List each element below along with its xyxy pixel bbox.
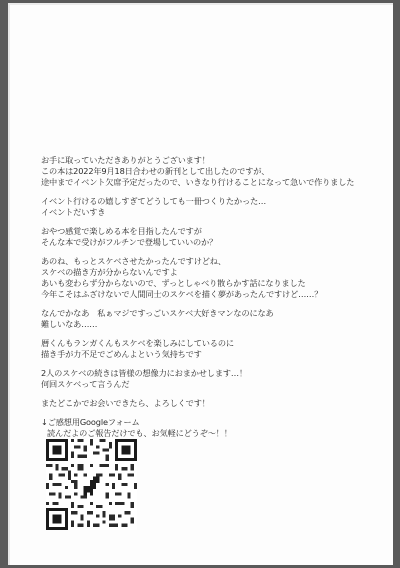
text-line: 何回スケベって言うんだ [41,379,381,390]
qr-code[interactable] [46,439,137,530]
text-line: あいも変わらず分からないので、ずっとしゃべり散らかす話になりました [41,278,381,289]
text-line: あのね、もっとスケベさせたかったんですけどね、 [41,256,381,267]
paragraph-form: ↓ご感想用Googleフォーム 読んだよのご報告だけでも、お気軽にどうぞ〜！！ [41,417,381,439]
afterword-text: お手に取っていただきありがとうございます！ この本は2022年9月18日合わせの… [41,155,381,447]
text-line: 描き手が力不足でごめんよという気持ちです [41,349,381,360]
text-line: 途中までイベント欠席予定だったので、いきなり行けることになって急いで作りました [41,177,381,188]
paragraph-imagination: 2人のスケベの続きは皆様の想像力におまかせします…！ 何回スケベって言うんだ [41,368,381,390]
page: お手に取っていただきありがとうございます！ この本は2022年9月18日合わせの… [8,3,393,565]
paragraph-apology: 暦くんもランガくんもスケベを楽しみにしているのに 描き手が力不足でごめんよという… [41,338,381,360]
dinosaur-icon [81,477,103,496]
text-line: スケベの描き方が分からないんですよ [41,267,381,278]
text-line: 暦くんもランガくんもスケベを楽しみにしているのに [41,338,381,349]
text-line: 難しいなあ…… [41,319,381,330]
paragraph-event: イベント行けるの嬉しすぎてどうしても一冊つくりたかった… イベントだいすき [41,196,381,218]
text-line: そんな本で受けがフルチンで登場していいのか？ [41,237,381,248]
text-line: この本は2022年9月18日合わせの新刊として出したのですが、 [41,166,381,177]
text-line: おやつ感覚で楽しめる本を目指したんですが [41,226,381,237]
text-line: お手に取っていただきありがとうございます！ [41,155,381,166]
text-line: またどこかでお会いできたら、よろしくです！ [41,398,381,409]
paragraph-why: なんでかなあ 私ぁマジですっごいスケベ大好きマンなのになあ 難しいなあ…… [41,308,381,330]
paragraph-farewell: またどこかでお会いできたら、よろしくです！ [41,398,381,409]
text-line: イベントだいすき [41,207,381,218]
qr-code-graphic [46,439,137,530]
text-line: 今年こそはふざけないで人間同士のスケベを描く夢があったんですけど……？ [41,289,381,300]
text-line: ↓ご感想用Googleフォーム [41,417,381,428]
paragraph-thanks: お手に取っていただきありがとうございます！ この本は2022年9月18日合わせの… [41,155,381,188]
text-line: イベント行けるの嬉しすぎてどうしても一冊つくりたかった… [41,196,381,207]
text-line: 読んだよのご報告だけでも、お気軽にどうぞ〜！！ [41,428,381,439]
paragraph-snack: おやつ感覚で楽しめる本を目指したんですが そんな本で受けがフルチンで登場していい… [41,226,381,248]
text-line: 2人のスケベの続きは皆様の想像力におまかせします…！ [41,368,381,379]
text-line: なんでかなあ 私ぁマジですっごいスケベ大好きマンなのになあ [41,308,381,319]
paragraph-anone: あのね、もっとスケベさせたかったんですけどね、 スケベの描き方が分からないんです… [41,256,381,300]
